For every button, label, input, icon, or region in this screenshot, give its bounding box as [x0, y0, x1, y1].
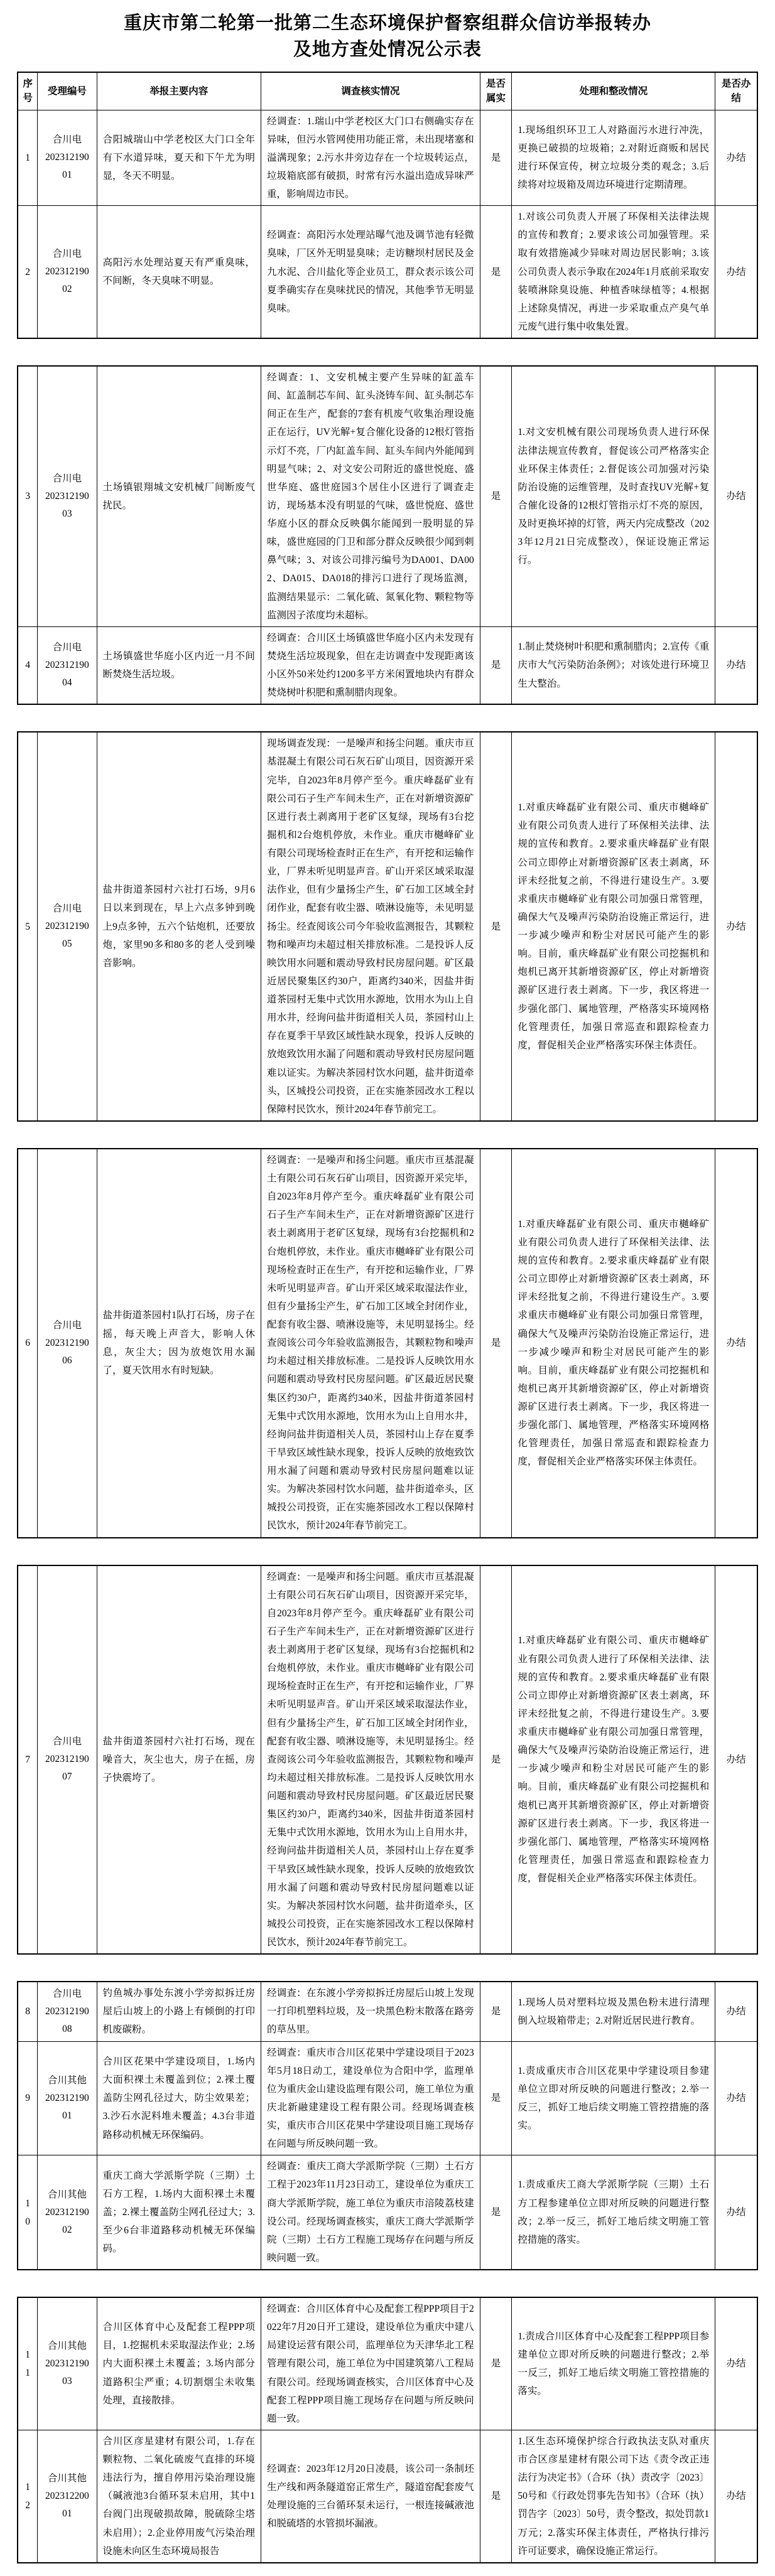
- factual-cell: 是: [480, 2155, 512, 2270]
- handling-cell: 1.对文安机械有限公司现场负责人进行环保法律法规宣传教育，督促该公司严格落实企业…: [512, 366, 715, 626]
- investigation-cell: 经调查：一是噪声和扬尘问题。重庆市亘基混凝土有限公司石灰石矿山项目，因资源开采完…: [261, 1149, 480, 1538]
- report-table-block: 3合川电20231219003土场镇银翔城文安机械厂间断废气扰民。经调查：1、文…: [17, 365, 758, 705]
- header-row: 序号受理编号举报主要内容调查核实情况是否属实处理和整改情况是否办结: [18, 72, 757, 110]
- handling-cell: 1.现场组织环卫工人对路面污水进行冲洗，更换已破损的垃圾箱；2.对附近商贩和居民…: [512, 110, 715, 206]
- acceptance-code-number: 20231219005: [43, 918, 90, 953]
- column-header: 是否属实: [480, 72, 512, 110]
- serial-number-cell: 2: [18, 206, 38, 338]
- acceptance-code-number: 20231219001: [43, 149, 90, 184]
- investigation-cell: 经调查：合川区土场镇盛世华庭小区内未发现有焚烧生活垃圾现象，但在走访调查中发现距…: [261, 626, 480, 704]
- table-row: 11合川其他20231219003合川区体育中心及配套工程PPP项目，1.挖掘机…: [18, 2297, 757, 2430]
- report-content-cell: 盐井街道茶园村1队打石场，房子在摇，每天晚上声音大，影响人休息，灰尘大；因为放炮…: [97, 1149, 261, 1538]
- table-row: 6合川电20231219006盐井街道茶园村1队打石场，房子在摇，每天晚上声音大…: [18, 1149, 757, 1538]
- acceptance-code-prefix: 合川电: [43, 1985, 90, 2003]
- acceptance-code-cell: 合川其他20231219003: [38, 2297, 97, 2430]
- factual-cell: 是: [480, 2297, 512, 2430]
- factual-cell: 是: [480, 366, 512, 626]
- investigation-cell: 经调查：高阳污水处理站曝气池及调节池有轻微臭味，厂区外无明显臭味；走访糖坝村居民…: [261, 206, 480, 338]
- acceptance-code-prefix: 合川电: [43, 245, 90, 263]
- handling-cell: 1.责成合川区体育中心及配套工程PPP项目参建单位立即对所反映的问题进行整改；2…: [512, 2297, 715, 2430]
- investigation-cell: 经调查：2023年12月20日凌晨，该公司一条制坯生产线和两条隧道窑正常生产，隧…: [261, 2430, 480, 2562]
- serial-number-cell: 12: [18, 2430, 38, 2562]
- acceptance-code-prefix: 合川电: [43, 639, 90, 657]
- factual-cell: 是: [480, 1565, 512, 1955]
- page-break-gap: [17, 1122, 758, 1148]
- serial-number-cell: 10: [18, 2155, 38, 2270]
- report-content-cell: 合阳城瑞山中学老校区大门口全年有下水道异味，夏天和下午尤为明显，冬天不明显。: [97, 110, 261, 206]
- completion-status-cell: 办结: [715, 2297, 757, 2430]
- report-content-cell: 盐井街道茶园村六社打石场，9月6日以来到现在，早上六点多钟到晚上9点多钟，五六个…: [97, 732, 261, 1121]
- factual-cell: 是: [480, 626, 512, 704]
- acceptance-code-number: 20231219006: [43, 1334, 90, 1370]
- public-notice-document: 重庆市第二轮第一批第二生态环境保护督察组群众信访举报转办 及地方查处情况公示表 …: [0, 0, 775, 2576]
- report-content-cell: 重庆工商大学派斯学院（三期）土石方工程，1.场内大面积裸土未覆盖；2.裸土覆盖防…: [97, 2155, 261, 2270]
- investigation-cell: 经调查：重庆工商大学派斯学院（三期）土石方工程于2023年11月23日动工，建设…: [261, 2155, 480, 2270]
- acceptance-code-number: 20231220001: [43, 2487, 90, 2523]
- table-row: 7合川电20231219007盐井街道茶园村六社打石场，现在噪音大，灰尘也大，房…: [18, 1565, 757, 1955]
- acceptance-code-number: 20231219004: [43, 657, 90, 692]
- column-header: 处理和整改情况: [512, 72, 715, 110]
- completion-status-cell: 办结: [715, 366, 757, 626]
- investigation-cell: 经调查：1、文安机械主要产生异味的缸盖车间、缸盖制芯车间、缸头浇铸车间、缸头制芯…: [261, 366, 480, 626]
- factual-cell: 是: [480, 2430, 512, 2562]
- column-header: 序号: [18, 72, 38, 110]
- investigation-cell: 经调查：合川区体育中心及配套工程PPP项目于2022年7月20日开工建设，建设单…: [261, 2297, 480, 2430]
- factual-cell: 是: [480, 1149, 512, 1538]
- serial-number-cell: 3: [18, 366, 38, 626]
- investigation-cell: 经调查：重庆市合川区花果中学建设项目于2023年5月18日动工，建设单位为合阳中…: [261, 2041, 480, 2155]
- report-content-cell: 合川区体育中心及配套工程PPP项目，1.挖掘机未采取湿法作业；2.场内大面积裸土…: [97, 2297, 261, 2430]
- factual-cell: 是: [480, 2041, 512, 2155]
- handling-cell: 1.责成重庆市合川区花果中学建设项目参建单位立即对所反映的问题进行整改；2.举一…: [512, 2041, 715, 2155]
- acceptance-code-cell: 合川电20231219006: [38, 1149, 97, 1538]
- handling-cell: 1.区生态环境保护综合行政执法支队对重庆市合区彦星建材有限公司下达《责令改正违法…: [512, 2430, 715, 2562]
- table-row: 2合川电20231219002高阳污水处理站夏天有严重臭味，不间断，冬天臭味不明…: [18, 206, 757, 338]
- completion-status-cell: 办结: [715, 1149, 757, 1538]
- acceptance-code-cell: 合川其他20231219002: [38, 2155, 97, 2270]
- factual-cell: 是: [480, 206, 512, 338]
- handling-cell: 1.责成重庆工商大学派斯学院（三期）土石方工程参建单位立即对所反映的问题进行整改…: [512, 2155, 715, 2270]
- report-content-cell: 高阳污水处理站夏天有严重臭味，不间断，冬天臭味不明显。: [97, 206, 261, 338]
- acceptance-code-prefix: 合川其他: [43, 2337, 90, 2355]
- acceptance-code-number: 20231219001: [43, 2090, 90, 2125]
- column-header: 调查核实情况: [261, 72, 480, 110]
- report-content-cell: 土场镇盛世华庭小区内近一月不间断焚烧生活垃圾。: [97, 626, 261, 704]
- acceptance-code-cell: 合川电20231219005: [38, 732, 97, 1121]
- investigation-cell: 经调查：在东渡小学旁拟拆迁房屋后山坡上发现一打印机塑料垃圾，及一块黑色粉末散落在…: [261, 1982, 480, 2041]
- page-title-line2: 及地方查处情况公示表: [19, 36, 756, 63]
- completion-status-cell: 办结: [715, 732, 757, 1121]
- handling-cell: 1.对该公司负责人开展了环保相关法律法规的宣传和教育；2.要求该公司加强管理。采…: [512, 206, 715, 338]
- table-row: 5合川电20231219005盐井街道茶园村六社打石场，9月6日以来到现在，早上…: [18, 732, 757, 1121]
- table-row: 4合川电20231219004土场镇盛世华庭小区内近一月不间断焚烧生活垃圾。经调…: [18, 626, 757, 704]
- serial-number-cell: 7: [18, 1565, 38, 1955]
- serial-number-cell: 8: [18, 1982, 38, 2041]
- report-content-cell: 合川区彦星建材有限公司，1.存在颗粒物、二氧化硫废气直排的环境违法行为，擅自停用…: [97, 2430, 261, 2562]
- completion-status-cell: 办结: [715, 1565, 757, 1955]
- acceptance-code-number: 20231219002: [43, 263, 90, 298]
- completion-status-cell: 办结: [715, 206, 757, 338]
- report-table-block: 11合川其他20231219003合川区体育中心及配套工程PPP项目，1.挖掘机…: [17, 2297, 758, 2563]
- completion-status-cell: 办结: [715, 626, 757, 704]
- handling-cell: 1.制止焚烧树叶积肥和熏制腊肉；2.宣传《重庆市大气污染防治条例》；对该处进行环…: [512, 626, 715, 704]
- report-content-cell: 土场镇银翔城文安机械厂间断废气扰民。: [97, 366, 261, 626]
- acceptance-code-prefix: 合川电: [43, 131, 90, 149]
- table-row: 8合川电20231219008钓鱼城办事处东渡小学旁拟拆迁房屋后山坡上的小路上有…: [18, 1982, 757, 2041]
- handling-cell: 1.对重庆峰磊矿业有限公司、重庆市樾峰矿业有限公司负责人进行了环保相关法律、法规…: [512, 732, 715, 1121]
- completion-status-cell: 办结: [715, 2430, 757, 2562]
- investigation-cell: 经调查：1.瑞山中学老校区大门口右侧确实存在异味，但污水管网使用功能正常，未出现…: [261, 110, 480, 206]
- completion-status-cell: 办结: [715, 110, 757, 206]
- column-header: 是否办结: [715, 72, 757, 110]
- acceptance-code-number: 20231219003: [43, 2355, 90, 2390]
- acceptance-code-cell: 合川电20231219007: [38, 1565, 97, 1955]
- investigation-cell: 经调查：一是噪声和扬尘问题。重庆市亘基混凝土有限公司石灰石矿山项目，因资源开采完…: [261, 1565, 480, 1955]
- acceptance-code-cell: 合川电20231219004: [38, 626, 97, 704]
- serial-number-cell: 5: [18, 732, 38, 1121]
- acceptance-code-number: 20231219008: [43, 2003, 90, 2038]
- completion-status-cell: 办结: [715, 2155, 757, 2270]
- completion-status-cell: 办结: [715, 2041, 757, 2155]
- table-row: 12合川其他20231220001合川区彦星建材有限公司，1.存在颗粒物、二氧化…: [18, 2430, 757, 2562]
- page-break-gap: [17, 339, 758, 365]
- page-break-gap: [17, 705, 758, 731]
- serial-number-cell: 9: [18, 2041, 38, 2155]
- acceptance-code-cell: 合川电20231219001: [38, 110, 97, 206]
- page-title: 重庆市第二轮第一批第二生态环境保护督察组群众信访举报转办 及地方查处情况公示表: [19, 10, 756, 63]
- serial-number-cell: 1: [18, 110, 38, 206]
- acceptance-code-prefix: 合川其他: [43, 2072, 90, 2090]
- report-table-block: 6合川电20231219006盐井街道茶园村1队打石场，房子在摇，每天晚上声音大…: [17, 1148, 758, 1538]
- acceptance-code-number: 20231219002: [43, 2204, 90, 2239]
- acceptance-code-cell: 合川其他20231220001: [38, 2430, 97, 2562]
- acceptance-code-prefix: 合川其他: [43, 2186, 90, 2204]
- acceptance-code-cell: 合川电20231219003: [38, 366, 97, 626]
- investigation-cell: 现场调查发现：一是噪声和扬尘问题。重庆市亘基混凝土有限公司石灰石矿山项目，因资源…: [261, 732, 480, 1121]
- acceptance-code-cell: 合川其他20231219001: [38, 2041, 97, 2155]
- acceptance-code-prefix: 合川电: [43, 1317, 90, 1334]
- page-break-gap: [17, 1538, 758, 1565]
- table-row: 1合川电20231219001合阳城瑞山中学老校区大门口全年有下水道异味，夏天和…: [18, 110, 757, 206]
- report-content-cell: 合川区花果中学建设项目，1.场内大面积裸土未覆盖到位；2.裸土覆盖防尘网孔径过大…: [97, 2041, 261, 2155]
- report-content-cell: 钓鱼城办事处东渡小学旁拟拆迁房屋后山坡上的小路上有倾倒的打印机废碳粉。: [97, 1982, 261, 2041]
- column-header: 受理编号: [38, 72, 97, 110]
- page-break-gap: [17, 1955, 758, 1981]
- acceptance-code-cell: 合川电20231219002: [38, 206, 97, 338]
- acceptance-code-cell: 合川电20231219008: [38, 1982, 97, 2041]
- report-table-block: 5合川电20231219005盐井街道茶园村六社打石场，9月6日以来到现在，早上…: [17, 731, 758, 1122]
- acceptance-code-prefix: 合川电: [43, 470, 90, 488]
- handling-cell: 1.对重庆峰磊矿业有限公司、重庆市樾峰矿业有限公司负责人进行了环保相关法律、法规…: [512, 1149, 715, 1538]
- handling-cell: 1.对重庆峰磊矿业有限公司、重庆市樾峰矿业有限公司负责人进行了环保相关法律、法规…: [512, 1565, 715, 1955]
- serial-number-cell: 4: [18, 626, 38, 704]
- page-break-gap: [17, 2270, 758, 2297]
- column-header: 举报主要内容: [97, 72, 261, 110]
- page-title-line1: 重庆市第二轮第一批第二生态环境保护督察组群众信访举报转办: [19, 10, 756, 36]
- factual-cell: 是: [480, 732, 512, 1121]
- report-table-block: 8合川电20231219008钓鱼城办事处东渡小学旁拟拆迁房屋后山坡上的小路上有…: [17, 1981, 758, 2270]
- acceptance-code-prefix: 合川电: [43, 900, 90, 918]
- serial-number-cell: 6: [18, 1149, 38, 1538]
- handling-cell: 1.现场人员对塑料垃圾及黑色粉末进行清理倒入垃圾箱带走；2.对附近居民进行教育。: [512, 1982, 715, 2041]
- report-table-block: 7合川电20231219007盐井街道茶园村六社打石场，现在噪音大，灰尘也大，房…: [17, 1565, 758, 1955]
- acceptance-code-number: 20231219003: [43, 488, 90, 523]
- factual-cell: 是: [480, 110, 512, 206]
- table-blocks-container: 序号受理编号举报主要内容调查核实情况是否属实处理和整改情况是否办结1合川电202…: [0, 72, 775, 2563]
- serial-number-cell: 11: [18, 2297, 38, 2430]
- factual-cell: 是: [480, 1982, 512, 2041]
- report-content-cell: 盐井街道茶园村六社打石场，现在噪音大，灰尘也大，房子在摇，房子快震垮了。: [97, 1565, 261, 1955]
- table-row: 10合川其他20231219002重庆工商大学派斯学院（三期）土石方工程，1.场…: [18, 2155, 757, 2270]
- completion-status-cell: 办结: [715, 1982, 757, 2041]
- table-row: 9合川其他20231219001合川区花果中学建设项目，1.场内大面积裸土未覆盖…: [18, 2041, 757, 2155]
- acceptance-code-prefix: 合川电: [43, 1733, 90, 1751]
- acceptance-code-prefix: 合川其他: [43, 2470, 90, 2487]
- report-table-block: 序号受理编号举报主要内容调查核实情况是否属实处理和整改情况是否办结1合川电202…: [17, 72, 758, 339]
- table-row: 3合川电20231219003土场镇银翔城文安机械厂间断废气扰民。经调查：1、文…: [18, 366, 757, 626]
- acceptance-code-number: 20231219007: [43, 1751, 90, 1786]
